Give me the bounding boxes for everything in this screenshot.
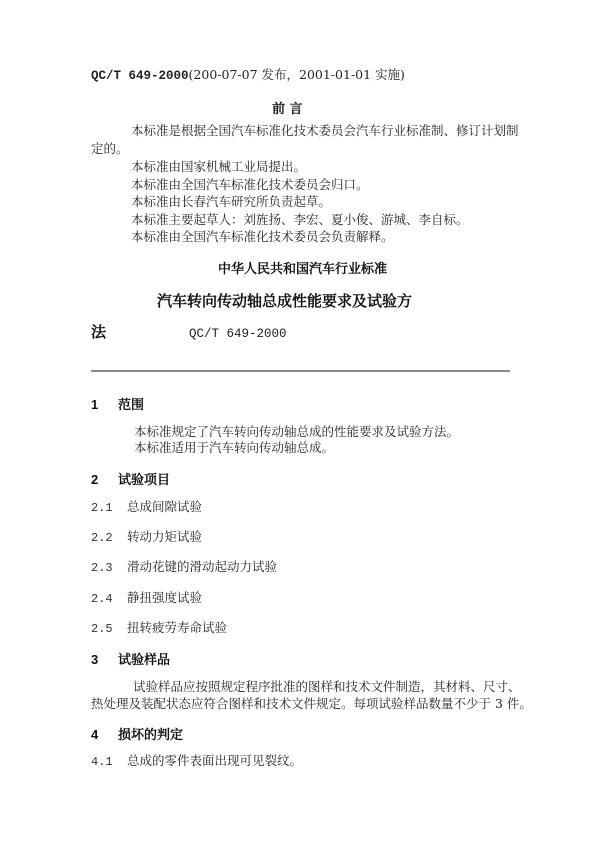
preface-title: 前 言	[272, 98, 303, 117]
document-header: QC/T 649-2000(200-07-07 发布，2001-01-01 实施…	[91, 66, 405, 85]
section-3-line-2: 热处理及装配状态应符合图样和技术文件规定。每项试验样品数量不少于 3 件。	[91, 695, 532, 712]
item-text: 总成的零件表面出现可见裂纹。	[127, 753, 302, 768]
section-number: 2	[91, 472, 118, 487]
item-number: 2.2	[91, 530, 127, 547]
document-dates: (200-07-07 发布，2001-01-01 实施)	[189, 67, 405, 82]
item-number: 2.5	[91, 621, 127, 638]
list-item-2-1: 2.1总成间隙试验	[91, 498, 202, 517]
list-item-2-2: 2.2转动力矩试验	[91, 528, 202, 547]
standard-title-line2: 法	[91, 324, 106, 341]
item-text: 扭转疲劳寿命试验	[127, 620, 227, 635]
section-3-line-1: 试验样品应按照规定程序批准的图样和技术文件制造，其材料、尺寸、	[133, 678, 521, 695]
standard-title-line1: 汽车转向传动轴总成性能要求及试验方	[157, 293, 412, 310]
item-number: 4.1	[91, 754, 127, 771]
section-number: 3	[91, 652, 118, 667]
item-text: 总成间隙试验	[127, 499, 202, 514]
section-number: 4	[91, 727, 118, 742]
item-number: 2.4	[91, 591, 127, 608]
item-text: 静扭强度试验	[127, 590, 202, 605]
section-title: 损坏的判定	[118, 728, 183, 743]
preface-paragraph-3: 本标准由全国汽车标准化技术委员会归口。	[131, 176, 369, 193]
standard-category: 中华人民共和国汽车行业标准	[218, 258, 387, 277]
preface-paragraph-6: 本标准由全国汽车标准化技术委员会负责解释。	[131, 228, 394, 245]
section-3-heading: 3试验样品	[91, 649, 170, 668]
item-number: 2.1	[91, 500, 127, 517]
title-divider	[91, 370, 510, 372]
list-item-4-1: 4.1总成的零件表面出现可见裂纹。	[91, 752, 302, 771]
list-item-2-4: 2.4静扭强度试验	[91, 589, 202, 608]
section-4-heading: 4损坏的判定	[91, 724, 183, 743]
section-number: 1	[91, 397, 118, 412]
preface-paragraph-5: 本标准主要起草人：刘旌扬、李宏、夏小俊、游城、李自标。	[131, 211, 469, 228]
item-text: 转动力矩试验	[127, 529, 202, 544]
list-item-2-3: 2.3滑动花键的滑动起动力试验	[91, 558, 277, 577]
item-number: 2.3	[91, 560, 127, 577]
preface-paragraph-4: 本标准由长春汽车研究所负责起草。	[131, 193, 331, 210]
item-text: 滑动花键的滑动起动力试验	[127, 559, 277, 574]
section-title: 范围	[118, 398, 144, 413]
section-title: 试验项目	[118, 473, 170, 488]
list-item-2-5: 2.5扭转疲劳寿命试验	[91, 619, 227, 638]
section-1-line-2: 本标准适用于汽车转向传动轴总成。	[134, 439, 334, 456]
section-1-line-1: 本标准规定了汽车转向传动轴总成的性能要求及试验方法。	[134, 423, 459, 440]
standard-code: QC/T 649-2000	[189, 327, 287, 341]
section-1-heading: 1范围	[91, 394, 144, 413]
document-code: QC/T 649-2000	[91, 69, 189, 83]
preface-paragraph-1: 本标准是根据全国汽车标准化技术委员会汽车行业标准制、修订计划制	[131, 122, 519, 139]
preface-paragraph-1-cont: 定的。	[91, 140, 129, 157]
section-title: 试验样品	[118, 653, 170, 668]
preface-paragraph-2: 本标准由国家机械工业局提出。	[131, 158, 306, 175]
section-2-heading: 2试验项目	[91, 469, 170, 488]
